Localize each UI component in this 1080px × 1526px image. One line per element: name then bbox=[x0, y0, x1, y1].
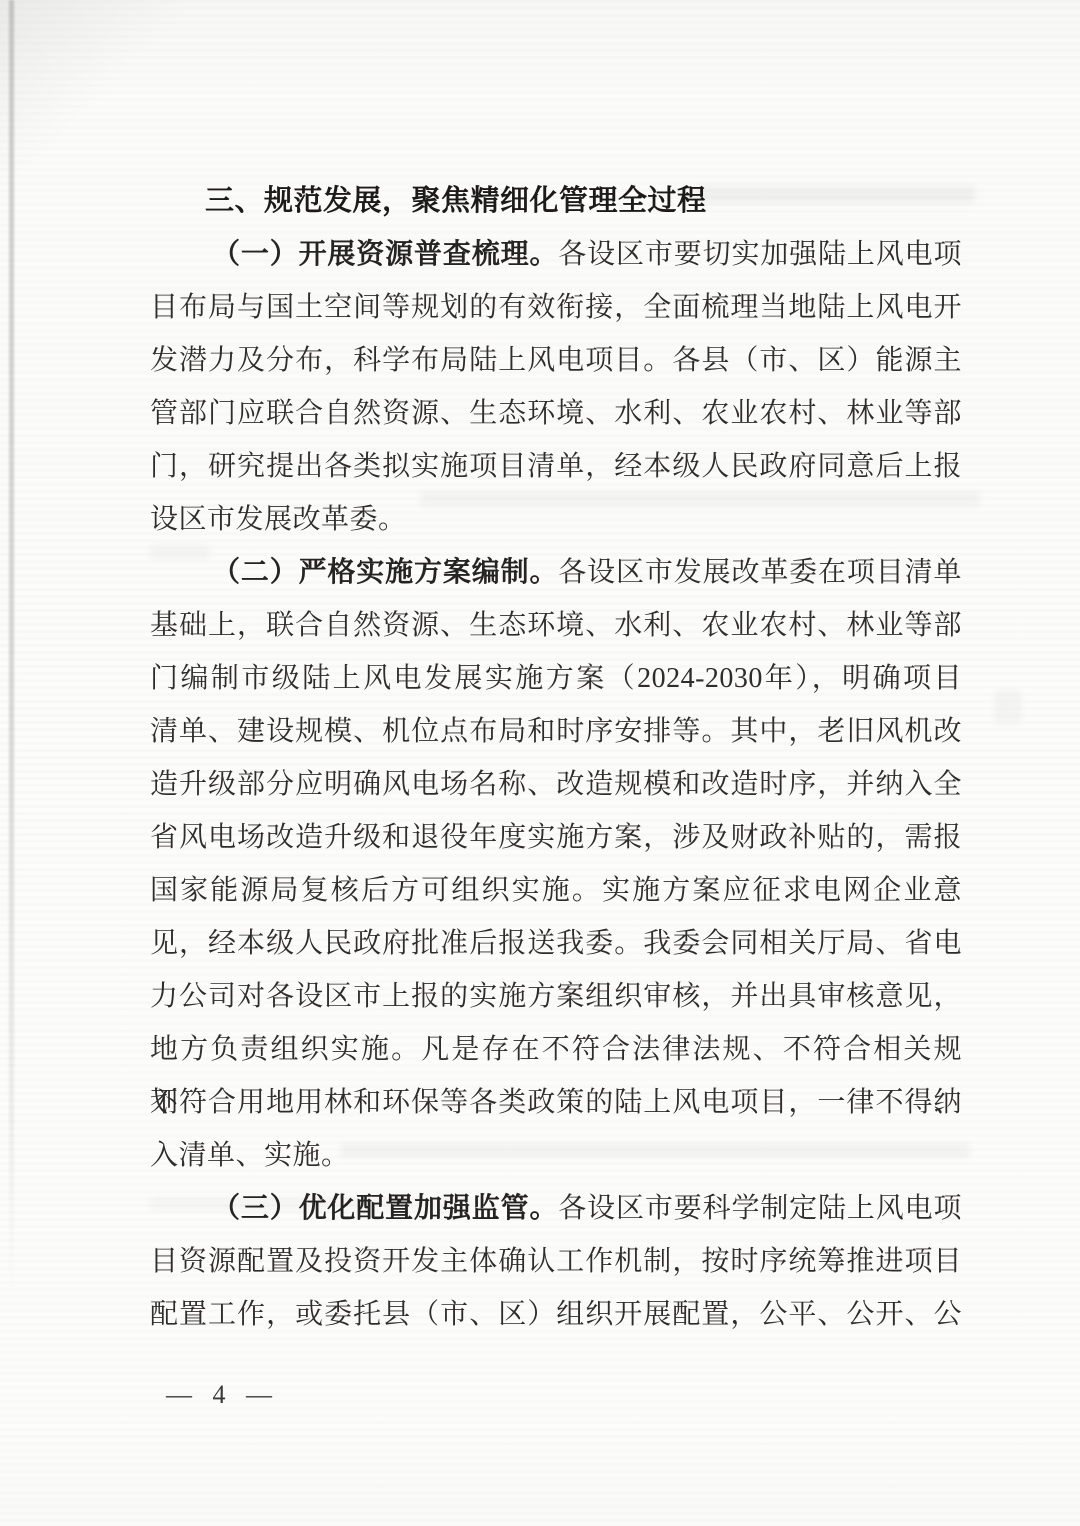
text-line: 清单、建设规模、机位点布局和时序安排等。其中，老旧风机改 bbox=[150, 705, 962, 758]
section-heading: 三、规范发展，聚焦精细化管理全过程 bbox=[150, 175, 962, 228]
text-line: 配置工作，或委托县（市、区）组织开展配置，公平、公开、公 bbox=[150, 1288, 962, 1341]
document-body: 三、规范发展，聚焦精细化管理全过程 （一）开展资源普查梳理。各设区市要切实加强陆… bbox=[150, 175, 962, 1341]
text-line: 省风电场改造升级和退役年度实施方案，涉及财政补贴的，需报 bbox=[150, 811, 962, 864]
page-edge-shadow bbox=[9, 0, 14, 1290]
text-line: 门编制市级陆上风电发展实施方案（2024-2030年），明确项目 bbox=[150, 652, 962, 705]
text-line: 门，研究提出各类拟实施项目清单，经本级人民政府同意后上报 bbox=[150, 440, 962, 493]
text-line: 入清单、实施。 bbox=[150, 1129, 962, 1182]
text-line: 管部门应联合自然资源、生态环境、水利、农业农村、林业等部 bbox=[150, 387, 962, 440]
text-line: 造升级部分应明确风电场名称、改造规模和改造时序，并纳入全 bbox=[150, 758, 962, 811]
text-line: （一）开展资源普查梳理。各设区市要切实加强陆上风电项 bbox=[150, 228, 962, 281]
text-line: 力公司对各设区市上报的实施方案组织审核，并出具审核意见， bbox=[150, 970, 962, 1023]
text-line: 不符合用地用林和环保等各类政策的陆上风电项目，一律不得纳 bbox=[150, 1076, 962, 1129]
text-line: 国家能源局复核后方可组织实施。实施方案应征求电网企业意 bbox=[150, 864, 962, 917]
text-line: 设区市发展改革委。 bbox=[150, 493, 962, 546]
text-line: （二）严格实施方案编制。各设区市发展改革委在项目清单 bbox=[150, 546, 962, 599]
text-line: 地方负责组织实施。凡是存在不符合法律法规、不符合相关规划、 bbox=[150, 1023, 962, 1076]
text-run: 各设区市发展改革委在项目清单 bbox=[558, 557, 962, 588]
text-line: 目布局与国土空间等规划的有效衔接，全面梳理当地陆上风电开 bbox=[150, 281, 962, 334]
text-run: 各设区市要科学制定陆上风电项 bbox=[558, 1193, 962, 1224]
text-line: 基础上，联合自然资源、生态环境、水利、农业农村、林业等部 bbox=[150, 599, 962, 652]
text-run: 各设区市要切实加强陆上风电项 bbox=[558, 239, 962, 270]
paragraph-lead: （三）优化配置加强监管。 bbox=[212, 1193, 558, 1224]
paragraph-lead: （二）严格实施方案编制。 bbox=[212, 557, 558, 588]
text-line: 发潜力及分布，科学布局陆上风电项目。各县（市、区）能源主 bbox=[150, 334, 962, 387]
scanned-document-page: 三、规范发展，聚焦精细化管理全过程 （一）开展资源普查梳理。各设区市要切实加强陆… bbox=[0, 0, 1080, 1526]
text-line: 目资源配置及投资开发主体确认工作机制，按时序统筹推进项目 bbox=[150, 1235, 962, 1288]
text-line: （三）优化配置加强监管。各设区市要科学制定陆上风电项 bbox=[150, 1182, 962, 1235]
text-line: 见，经本级人民政府批准后报送我委。我委会同相关厅局、省电 bbox=[150, 917, 962, 970]
scan-bleed-artifact bbox=[995, 690, 1021, 724]
paragraph-lead: （一）开展资源普查梳理。 bbox=[212, 239, 558, 270]
page-number: — 4 — bbox=[166, 1380, 279, 1410]
